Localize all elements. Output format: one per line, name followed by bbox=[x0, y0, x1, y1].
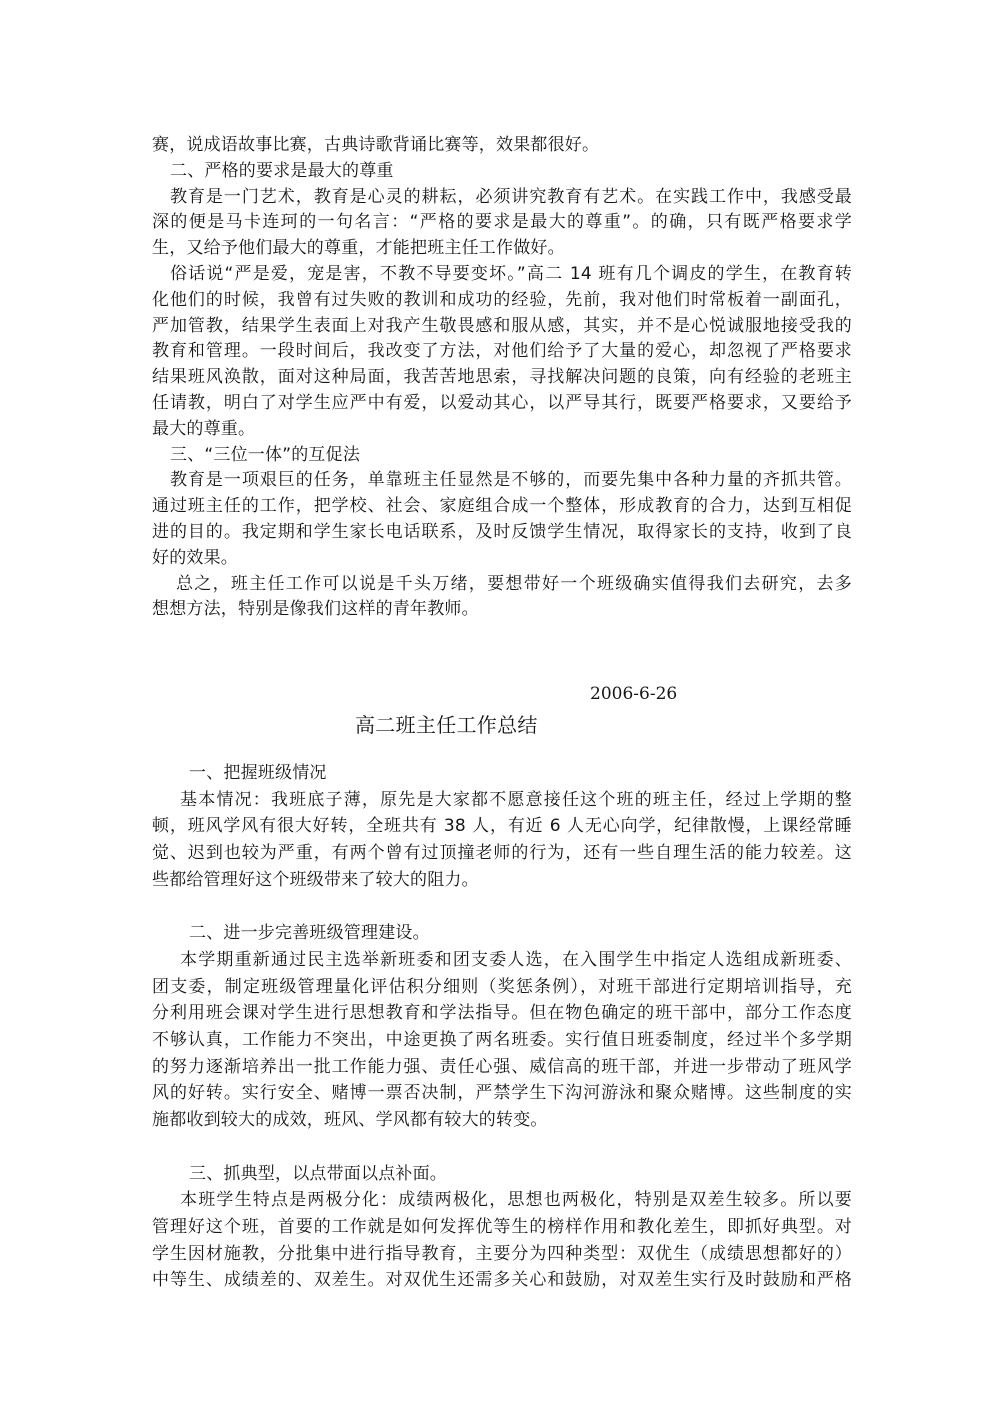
text-line: 些都给管理好这个班级带来了较大的阻力。 bbox=[152, 867, 852, 894]
text-line: 俗话说“严是爱，宠是害，不教不导要变坏。”高二 14 班有几个调皮的学生，在教育… bbox=[152, 262, 852, 288]
text-line: 顿，班风学风有很大好转，全班共有 38 人，有近 6 人无心向学，纪律散慢，上课… bbox=[152, 813, 852, 840]
text-line: 结果班风涣散，面对这种局面，我苦苦地思索，寻找解决问题的良策，向有经验的老班主 bbox=[152, 365, 852, 391]
text-line: 任请教，明白了对学生应严中有爱，以爱动其心，以严导其行，既要严格要求，又要给予 bbox=[152, 391, 852, 417]
text-line: 二、进一步完善班级管理建设。 bbox=[152, 920, 852, 947]
text-line: 学生因材施教，分批集中进行指导教育，主要分为四种类型：双优生（成绩思想都好的） bbox=[152, 1241, 852, 1268]
text-line: 不够认真，工作能力不突出，中途更换了两名班委。实行值日班委制度，经过半个多学期 bbox=[152, 1027, 852, 1054]
document-date: 2006-6-26 bbox=[590, 684, 677, 704]
text-line: 风的好转。实行安全、赌博一票否决制，严禁学生下沟河游泳和聚众赌博。这些制度的实 bbox=[152, 1080, 852, 1107]
section-summary-body: 一、把握班级情况基本情况：我班底子薄，原先是大家都不愿意接任这个班的班主任，经过… bbox=[152, 760, 852, 1294]
text-line: 生，又给予他们最大的尊重，才能把班主任工作做好。 bbox=[152, 236, 852, 262]
text-line: 觉、迟到也较为严重，有两个曾有过顶撞老师的行为，还有一些自理生活的能力较差。这 bbox=[152, 840, 852, 867]
text-line: 教育和管理。一段时间后，我改变了方法，对他们给予了大量的爱心，却忽视了严格要求 bbox=[152, 339, 852, 365]
text-line: 基本情况：我班底子薄，原先是大家都不愿意接任这个班的班主任，经过上学期的整 bbox=[152, 787, 852, 814]
text-line: 进的目的。我定期和学生家长电话联系，及时反馈学生情况，取得家长的支持，收到了良 bbox=[152, 520, 852, 546]
document-page: 赛，说成语故事比赛，古典诗歌背诵比赛等，效果都很好。二、严格的要求是最大的尊重教… bbox=[0, 0, 1000, 1415]
text-line: 深的便是马卡连珂的一句名言：“严格的要求是最大的尊重”。的确，只有既严格要求学 bbox=[152, 210, 852, 236]
text-line: 教育是一项艰巨的任务，单靠班主任显然是不够的，而要先集中各种力量的齐抓共管。 bbox=[152, 468, 852, 494]
blank-line bbox=[152, 1134, 852, 1161]
text-line: 中等生、成绩差的、双差生。对双优生还需多关心和鼓励，对双差生实行及时鼓励和严格 bbox=[152, 1267, 852, 1294]
section-work-methods-body: 赛，说成语故事比赛，古典诗歌背诵比赛等，效果都很好。二、严格的要求是最大的尊重教… bbox=[152, 133, 852, 623]
text-line: 施都收到较大的成效，班风、学风都有较大的转变。 bbox=[152, 1107, 852, 1134]
text-line: 分利用班会课对学生进行思想教育和学法指导。但在物色确定的班干部中，部分工作态度 bbox=[152, 1000, 852, 1027]
text-line: 最大的尊重。 bbox=[152, 417, 852, 443]
text-line: 总之，班主任工作可以说是千头万绪，要想带好一个班级确实值得我们去研究，去多 bbox=[152, 572, 852, 598]
text-line: 教育是一门艺术，教育是心灵的耕耘，必须讲究教育有艺术。在实践工作中，我感受最 bbox=[152, 185, 852, 211]
text-line: 本班学生特点是两极分化：成绩两极化，思想也两极化，特别是双差生较多。所以要 bbox=[152, 1187, 852, 1214]
text-line: 想想方法，特别是像我们这样的青年教师。 bbox=[152, 597, 852, 623]
text-line: 赛，说成语故事比赛，古典诗歌背诵比赛等，效果都很好。 bbox=[152, 133, 852, 159]
document-title: 高二班主任工作总结 bbox=[355, 709, 538, 738]
text-line: 本学期重新通过民主选举新班委和团支委人选，在入围学生中指定人选组成新班委、 bbox=[152, 947, 852, 974]
blank-line bbox=[152, 894, 852, 921]
text-line: 管理好这个班，首要的工作就是如何发挥优等生的榜样作用和教化差生，即抓好典型。对 bbox=[152, 1214, 852, 1241]
text-line: 的努力逐渐培养出一批工作能力强、责任心强、威信高的班干部，并进一步带动了班风学 bbox=[152, 1054, 852, 1081]
text-line: 团支委，制定班级管理量化评估积分细则（奖惩条例），对班干部进行定期培训指导，充 bbox=[152, 974, 852, 1001]
text-line: 好的效果。 bbox=[152, 546, 852, 572]
text-line: 严加管教，结果学生表面上对我产生敬畏感和服从感，其实，并不是心悦诚服地接受我的 bbox=[152, 314, 852, 340]
text-line: 通过班主任的工作，把学校、社会、家庭组合成一个整体，形成教育的合力，达到互相促 bbox=[152, 494, 852, 520]
text-line: 化他们的时候，我曾有过失败的教训和成功的经验，先前，我对他们时常板着一副面孔， bbox=[152, 288, 852, 314]
text-line: 一、把握班级情况 bbox=[152, 760, 852, 787]
text-line: 二、严格的要求是最大的尊重 bbox=[152, 159, 852, 185]
text-line: 三、“三位一体”的互促法 bbox=[152, 443, 852, 469]
text-line: 三、抓典型，以点带面以点补面。 bbox=[152, 1161, 852, 1188]
